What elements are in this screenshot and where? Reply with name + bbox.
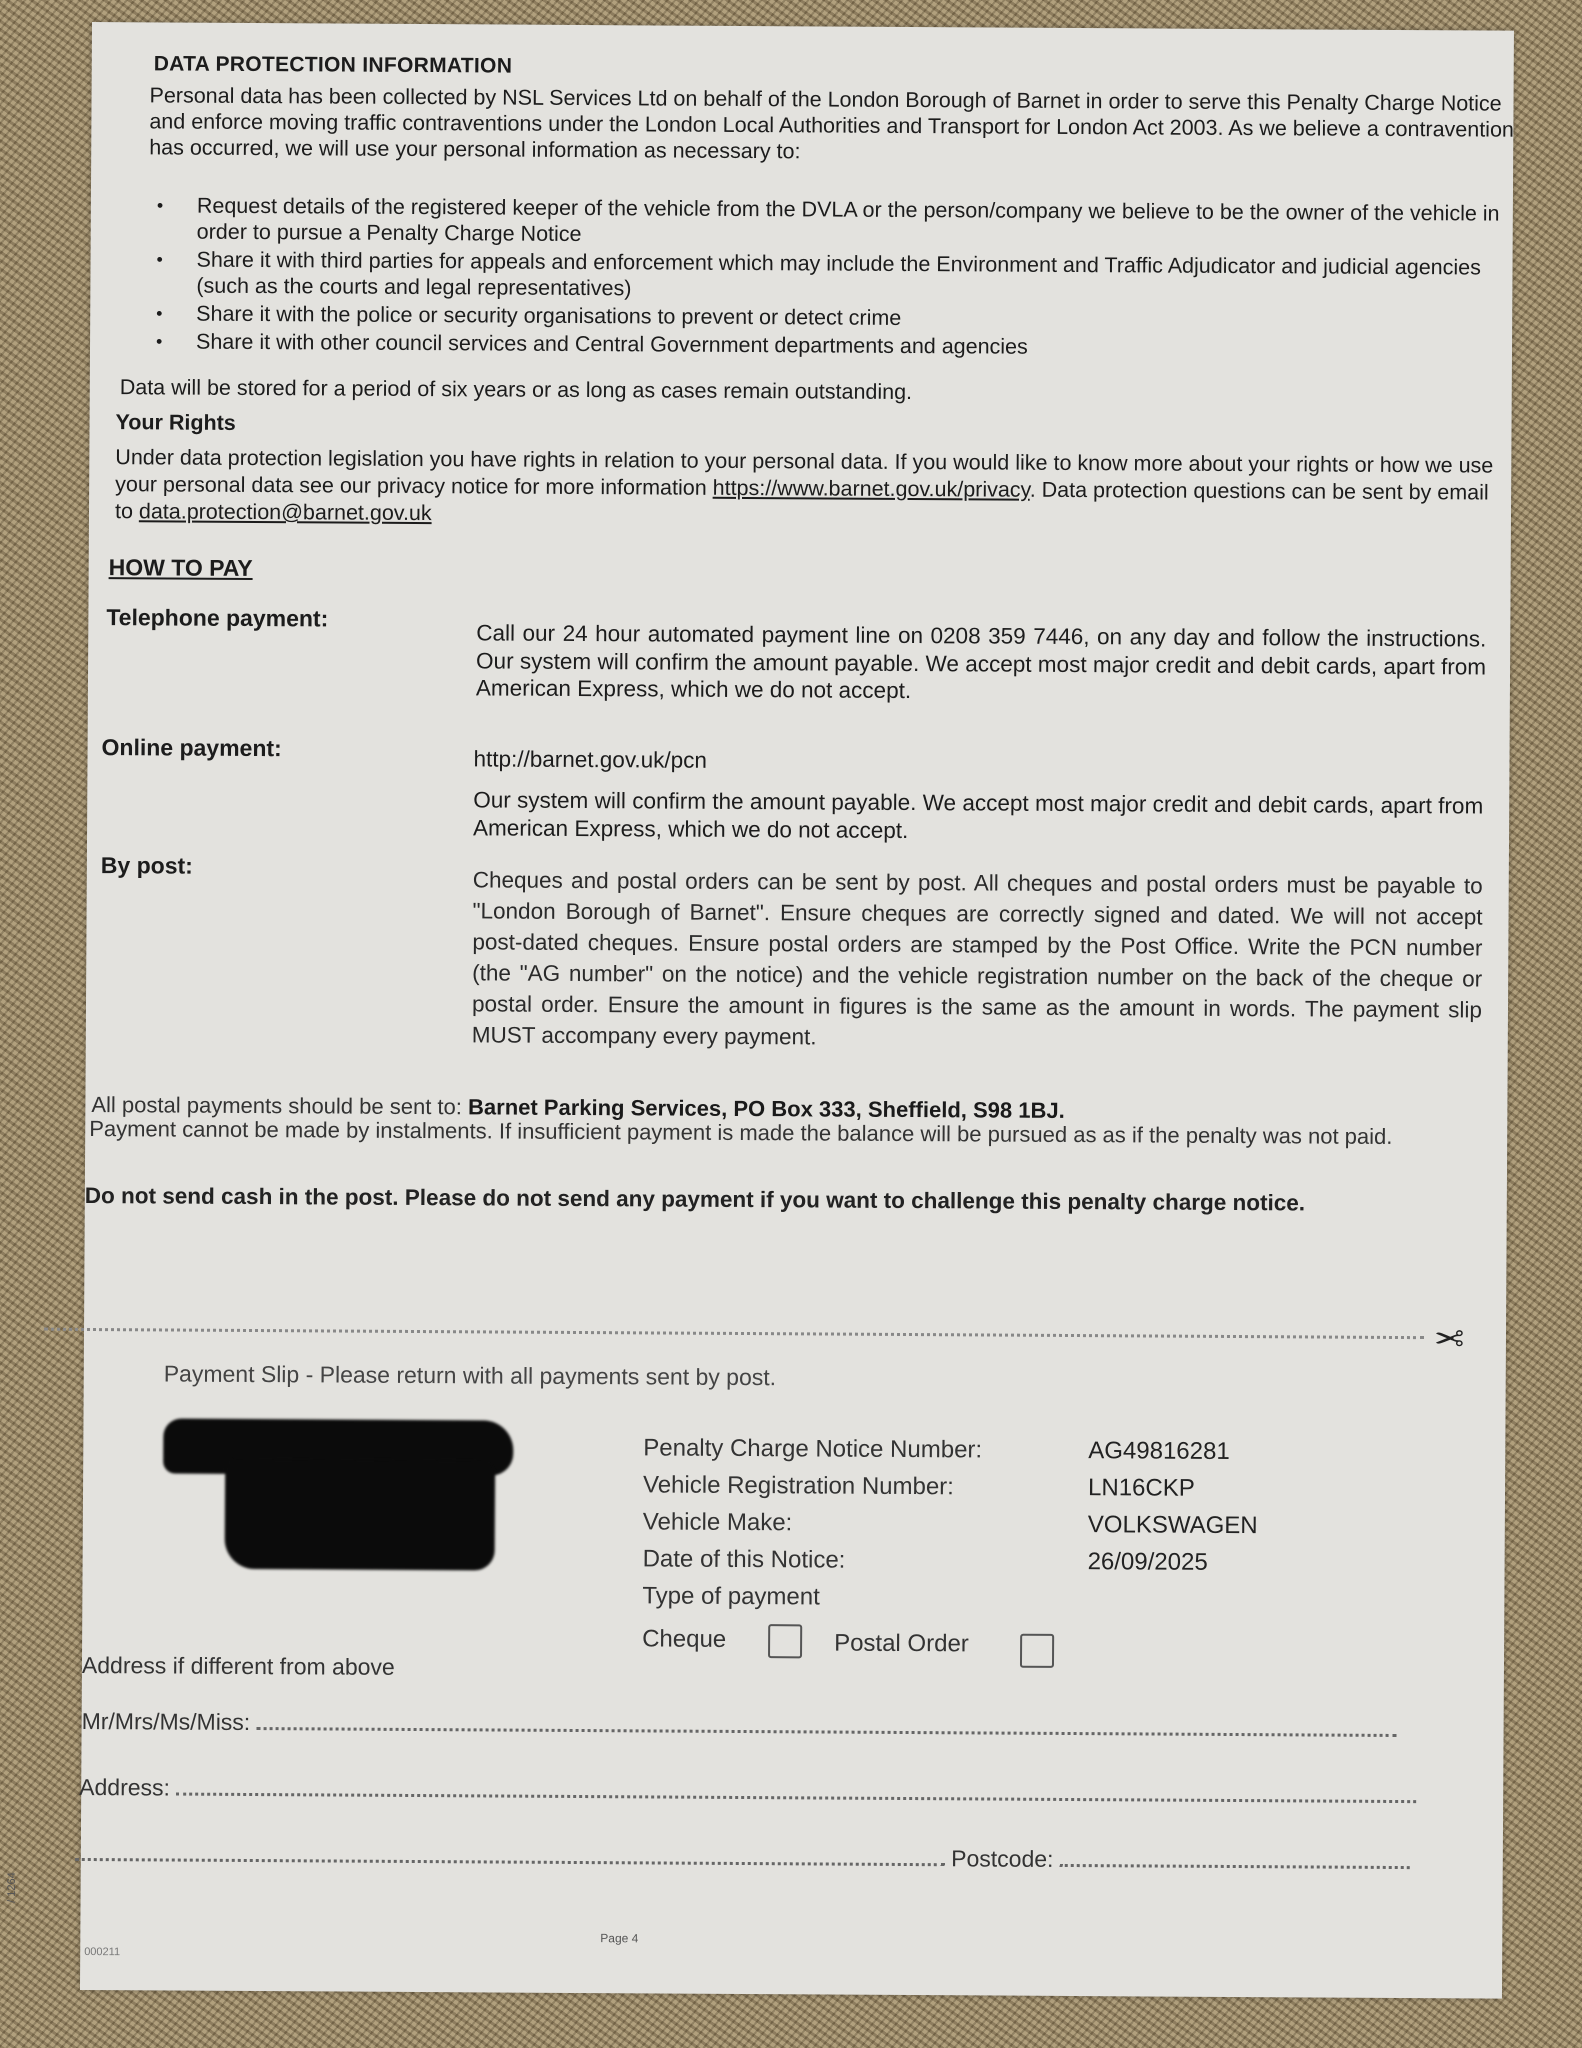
data-storage-note: Data will be stored for a period of six … xyxy=(120,375,912,405)
your-rights-text: Under data protection legislation you ha… xyxy=(115,444,1505,533)
vehicle-make-value: VOLKSWAGEN xyxy=(1088,1506,1258,1544)
address-field-label: Address: xyxy=(79,1774,170,1801)
data-usage-list: Request details of the registered keeper… xyxy=(150,192,1511,364)
online-payment-link[interactable]: http://barnet.gov.uk/pcn xyxy=(473,746,707,773)
pcn-number-label: Penalty Charge Notice Number: xyxy=(643,1429,982,1468)
online-payment-text: Our system will confirm the amount payab… xyxy=(473,786,1483,847)
pcn-document-page: DATA PROTECTION INFORMATION Personal dat… xyxy=(80,22,1514,1999)
cheque-checkbox[interactable] xyxy=(768,1624,802,1658)
list-item: Request details of the registered keeper… xyxy=(151,192,1511,252)
how-to-pay-heading: HOW TO PAY xyxy=(109,554,253,582)
cut-line-divider xyxy=(44,1328,1424,1339)
list-item: Share it with third parties for appeals … xyxy=(150,246,1510,306)
postal-order-label: Postal Order xyxy=(834,1630,969,1659)
postcode-label: Postcode: xyxy=(951,1845,1053,1872)
postal-address-prefix: All postal payments should be sent to: xyxy=(91,1092,468,1119)
redacted-address-block xyxy=(163,1418,514,1570)
name-field[interactable]: Mr/Mrs/Ms/Miss: xyxy=(82,1708,1397,1743)
side-code: / 1264 xyxy=(6,1872,18,1903)
pcn-number-value: AG49816281 xyxy=(1088,1432,1230,1470)
your-rights-heading: Your Rights xyxy=(115,410,235,436)
post-payment-label: By post: xyxy=(101,852,193,880)
address-field-line[interactable] xyxy=(176,1775,1416,1804)
name-field-label: Mr/Mrs/Ms/Miss: xyxy=(82,1708,251,1735)
postal-order-checkbox[interactable] xyxy=(1020,1634,1054,1668)
email-link[interactable]: data.protection@barnet.gov.uk xyxy=(139,499,432,525)
scissors-icon: ✂ xyxy=(1434,1318,1464,1360)
document-code: 000211 xyxy=(84,1946,120,1958)
telephone-payment-text: Call our 24 hour automated payment line … xyxy=(476,619,1486,708)
address-line-2-postcode[interactable]: Postcode: xyxy=(75,1840,1410,1875)
notice-date-label: Date of this Notice: xyxy=(643,1540,846,1578)
post-payment-text: Cheques and postal orders can be sent by… xyxy=(472,864,1483,1056)
type-of-payment-label: Type of payment xyxy=(642,1577,820,1615)
address-field[interactable]: Address: xyxy=(79,1774,1416,1809)
pcn-details: Penalty Charge Notice Number: AG49816281… xyxy=(642,1429,643,1614)
notice-date-value: 26/09/2025 xyxy=(1088,1543,1208,1581)
address-different-label: Address if different from above xyxy=(82,1652,395,1681)
payment-slip-heading: Payment Slip - Please return with all pa… xyxy=(164,1360,776,1391)
address-line-2[interactable] xyxy=(75,1840,945,1866)
data-protection-heading: DATA PROTECTION INFORMATION xyxy=(154,52,513,78)
telephone-payment-label: Telephone payment: xyxy=(106,604,328,632)
data-protection-intro: Personal data has been collected by NSL … xyxy=(149,82,1529,168)
name-field-line[interactable] xyxy=(257,1709,1397,1737)
page-number: Page 4 xyxy=(600,1931,638,1945)
list-item: Share it with other council services and… xyxy=(150,328,1510,362)
instalments-note: Payment cannot be made by instalments. I… xyxy=(89,1118,1489,1149)
privacy-link[interactable]: https://www.barnet.gov.uk/privacy xyxy=(713,476,1030,502)
postcode-field-line[interactable] xyxy=(1060,1846,1410,1869)
no-cash-warning: Do not send cash in the post. Please do … xyxy=(85,1180,1485,1221)
cheque-label: Cheque xyxy=(642,1625,726,1654)
vehicle-registration-value: LN16CKP xyxy=(1088,1469,1195,1507)
online-payment-label: Online payment: xyxy=(101,734,281,762)
vehicle-make-label: Vehicle Make: xyxy=(643,1503,793,1541)
vehicle-registration-label: Vehicle Registration Number: xyxy=(643,1466,954,1505)
